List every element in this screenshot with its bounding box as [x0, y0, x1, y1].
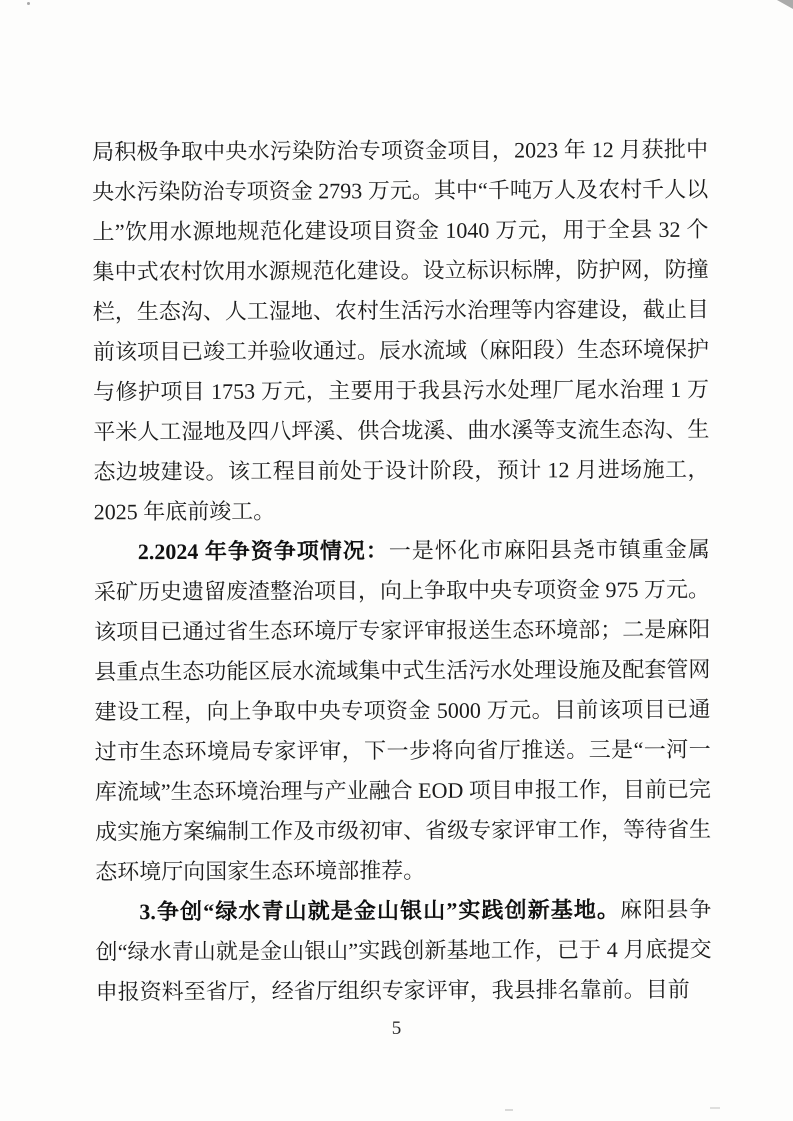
scan-artifact-dash [505, 1109, 513, 1111]
section-2-heading: 2.2024 年争资争项情况： [138, 538, 389, 564]
paragraph-2024-funding: 2.2024 年争资争项情况：一是怀化市麻阳县尧市镇重金属采矿历史遗留废渣整治项… [94, 530, 712, 893]
paragraph-water-pollution-funds: 局积极争取中央水污染防治专项资金项目，2023 年 12 月获批中央水污染防治专… [92, 130, 710, 533]
page-body-text: 局积极争取中央水污染防治专项资金项目，2023 年 12 月获批中央水污染防治专… [92, 130, 712, 1013]
paragraph-water-pollution-funds-text: 局积极争取中央水污染防治专项资金项目，2023 年 12 月获批中央水污染防治专… [92, 137, 709, 525]
section-3-heading: 3.争创“绿水青山就是金山银山”实践创新基地。 [139, 897, 620, 924]
section-2-body-text: 一是怀化市麻阳县尧市镇重金属采矿历史遗留废渣整治项目，向上争取中央专项资金 97… [94, 537, 711, 885]
scan-artifact-dash [710, 1107, 720, 1109]
page-number: 5 [0, 1014, 793, 1044]
scan-artifact-corner [777, 0, 793, 9]
scan-artifact-speck [27, 2, 30, 5]
document-page: 局积极争取中央水污染防治专项资金项目，2023 年 12 月获批中央水污染防治专… [0, 0, 793, 1121]
paragraph-green-mountains-base: 3.争创“绿水青山就是金山银山”实践创新基地。麻阳县争创“绿水青山就是金山银山”… [95, 890, 712, 1013]
